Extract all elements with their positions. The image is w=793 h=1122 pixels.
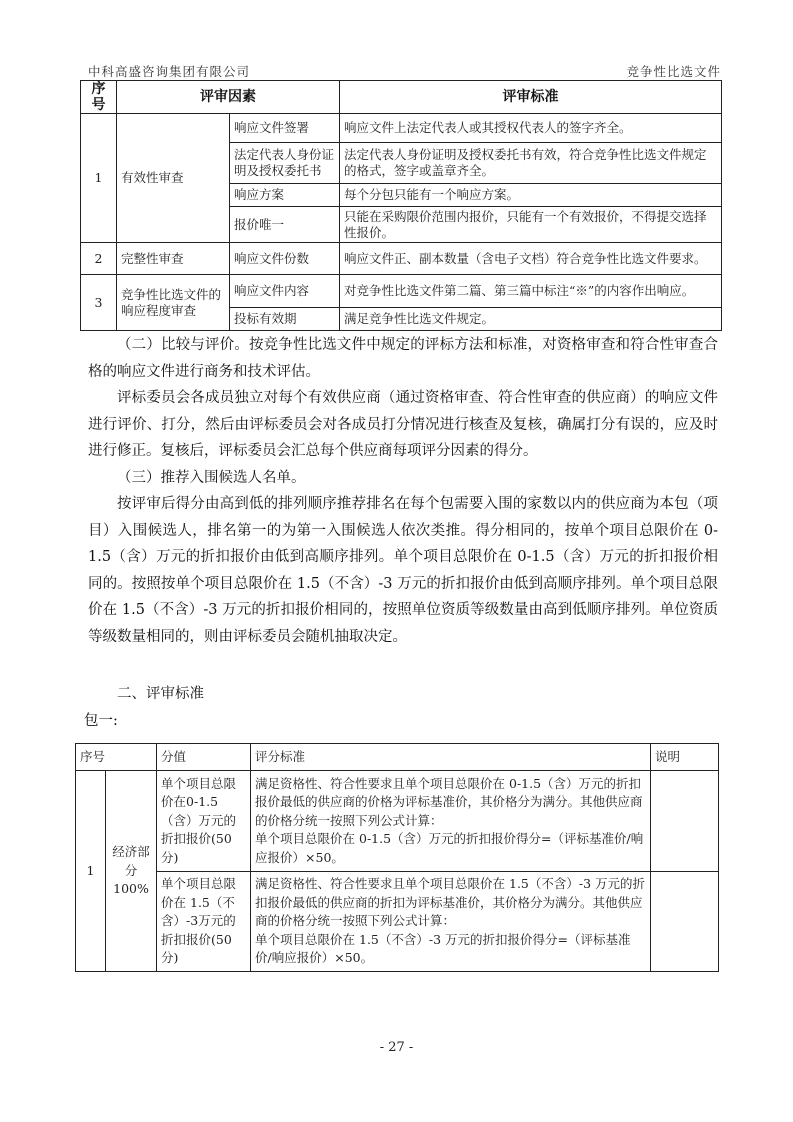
paragraph-ranking: 按评审后得分由高到低的排列顺序推荐排名在每个包需要入围的家数以内的供应商为本包（… (88, 491, 718, 650)
row-score: 单个项目总限价在 1.5（不含）-3万元的折扣报价(50 分) (157, 872, 251, 972)
paragraph-recommend-heading: （三）推荐入围候选人名单。 (88, 465, 718, 492)
header-company: 中科高盛咨询集团有限公司 (88, 62, 250, 80)
table-row: 1 经济部分100% 单个项目总限价在0-1.5（含）万元的折扣报价(50 分)… (76, 771, 719, 872)
col-header-note: 说明 (651, 744, 719, 771)
row-criteria: 满足资格性、符合性要求且单个项目总限价在 0-1.5（含）万元的折扣报价最低的供… (251, 771, 651, 872)
table-row: 3 竞争性比选文件的响应程度审查 响应文件内容 对竞争性比选文件第二篇、第三篇中… (81, 275, 722, 308)
row-no: 1 (81, 114, 117, 243)
col-header-criteria: 评分标准 (251, 744, 651, 771)
criteria-text: 满足资格性、符合性要求且单个项目总限价在 1.5（不含）-3 万元的折扣报价最低… (255, 875, 646, 931)
col-header-no: 序号 (81, 81, 117, 114)
row-factor: 法定代表人身份证明及授权委托书 (230, 143, 340, 184)
page-number: - 27 - (0, 1040, 793, 1055)
row-note (651, 771, 719, 872)
table-row: 单个项目总限价在 1.5（不含）-3万元的折扣报价(50 分) 满足资格性、符合… (76, 872, 719, 972)
row-no: 1 (76, 771, 106, 972)
row-factor: 报价唯一 (230, 207, 340, 243)
row-factor: 响应文件内容 (230, 275, 340, 308)
table-header-row: 序号 分值 评分标准 说明 (76, 744, 719, 771)
scoring-standards-table: 序号 分值 评分标准 说明 1 经济部分100% 单个项目总限价在0-1.5（含… (75, 743, 719, 972)
row-score: 单个项目总限价在0-1.5（含）万元的折扣报价(50 分) (157, 771, 251, 872)
row-standard: 每个分包只能有一个响应方案。 (340, 184, 722, 207)
table-row: 1 有效性审查 响应文件签署 响应文件上法定代表人或其授权代表人的签字齐全。 (81, 114, 722, 143)
row-no: 3 (81, 275, 117, 331)
row-criteria: 满足资格性、符合性要求且单个项目总限价在 1.5（不含）-3 万元的折扣报价最低… (251, 872, 651, 972)
criteria-formula: 单个项目总限价在 1.5（不含）-3 万元的折扣报价得分=（评标基准价/响应报价… (255, 931, 646, 968)
col-header-score: 分值 (157, 744, 251, 771)
table-header-row: 序号 评审因素 评审标准 (81, 81, 722, 114)
criteria-formula: 单个项目总限价在 0-1.5（含）万元的折扣报价得分=（评标基准价/响应报价）×… (255, 830, 646, 867)
row-category: 竞争性比选文件的响应程度审查 (117, 275, 230, 331)
row-factor: 投标有效期 (230, 308, 340, 331)
row-standard: 满足竞争性比选文件规定。 (340, 308, 722, 331)
row-standard: 响应文件上法定代表人或其授权代表人的签字齐全。 (340, 114, 722, 143)
row-standard: 对竞争性比选文件第二篇、第三篇中标注“※”的内容作出响应。 (340, 275, 722, 308)
col-header-no: 序号 (76, 744, 157, 771)
row-factor: 响应文件签署 (230, 114, 340, 143)
section-title: 二、评审标准 (88, 681, 718, 708)
header-doc-type: 竞争性比选文件 (626, 62, 721, 80)
row-standard: 只能在采购限价范围内报价，只能有一个有效报价，不得提交选择性报价。 (340, 207, 722, 243)
paragraph-committee: 评标委员会各成员独立对每个有效供应商（通过资格审查、符合性审查的供应商）的响应文… (88, 385, 718, 465)
row-factor: 响应文件份数 (230, 243, 340, 275)
row-category: 完整性审查 (117, 243, 230, 275)
package-label: 包一: (84, 708, 718, 735)
row-category: 经济部分100% (106, 771, 157, 972)
row-no: 2 (81, 243, 117, 275)
row-standard: 法定代表人身份证明及授权委托书有效，符合竞争性比选文件规定的格式，签字或盖章齐全… (340, 143, 722, 184)
col-header-standard: 评审标准 (340, 81, 722, 114)
row-note (651, 872, 719, 972)
row-standard: 响应文件正、副本数量（含电子文档）符合竞争性比选文件要求。 (340, 243, 722, 275)
row-category: 有效性审查 (117, 114, 230, 243)
col-header-factor: 评审因素 (117, 81, 340, 114)
body-text: （二）比较与评价。按竞争性比选文件中规定的评标方法和标准，对资格审查和符合性审查… (88, 332, 718, 650)
table-row: 2 完整性审查 响应文件份数 响应文件正、副本数量（含电子文档）符合竞争性比选文… (81, 243, 722, 275)
criteria-text: 满足资格性、符合性要求且单个项目总限价在 0-1.5（含）万元的折扣报价最低的供… (255, 775, 646, 831)
paragraph-comparison: （二）比较与评价。按竞争性比选文件中规定的评标方法和标准，对资格审查和符合性审查… (88, 332, 718, 385)
section-heading-block: 二、评审标准 包一: (88, 681, 718, 734)
row-factor: 响应方案 (230, 184, 340, 207)
review-factors-table: 序号 评审因素 评审标准 1 有效性审查 响应文件签署 响应文件上法定代表人或其… (80, 80, 722, 331)
